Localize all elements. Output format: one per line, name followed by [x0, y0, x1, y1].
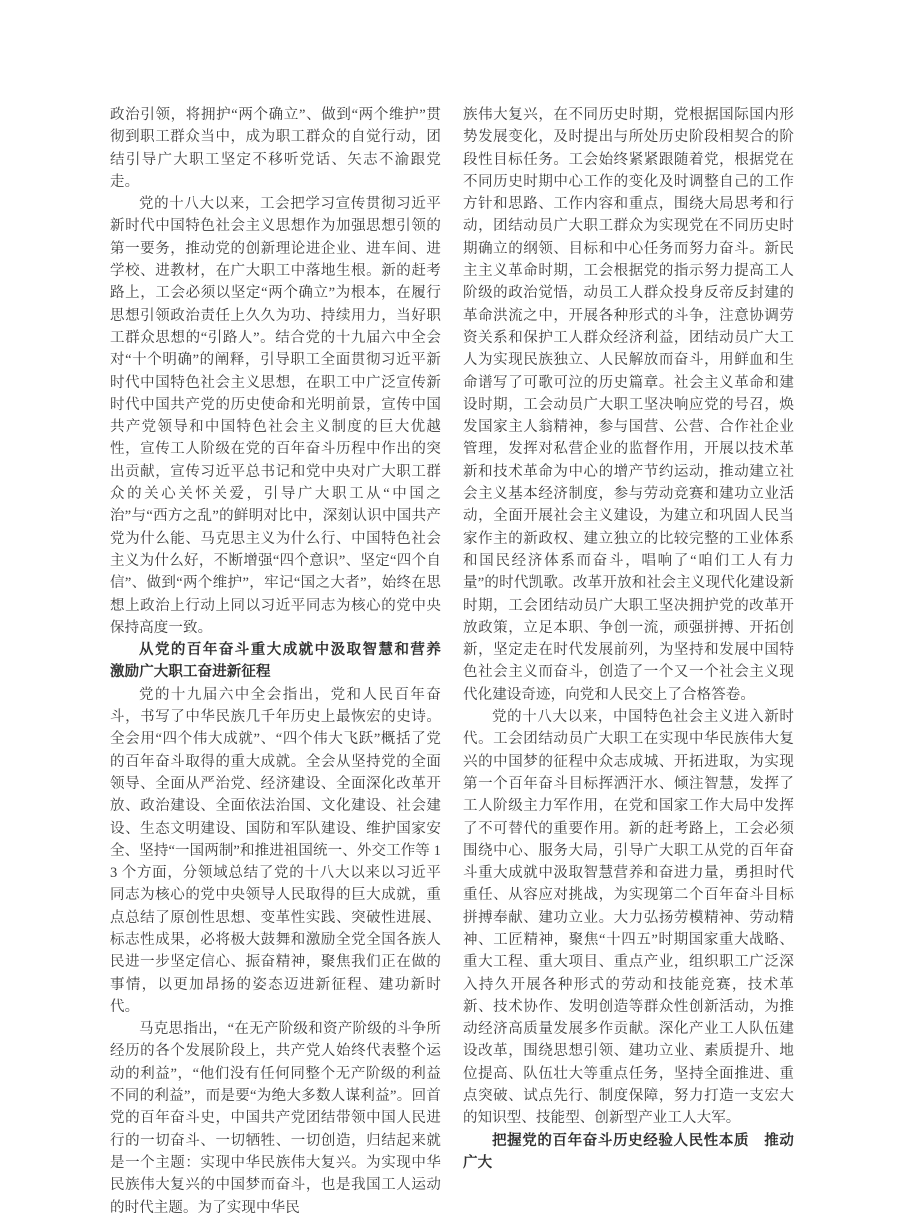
article-column-left: 政治引领，将拥护“两个确立”、做到“两个维护”贯彻到职工群众当中，成为职工群众的… [110, 104, 441, 1213]
paragraph: 族伟大复兴，在不同历史时期，党根据国际国内形势发展变化，及时提出与所处历史阶段相… [463, 104, 794, 706]
article-columns: 政治引领，将拥护“两个确立”、做到“两个维护”贯彻到职工群众当中，成为职工群众的… [110, 104, 794, 1213]
paragraph: 党的十八大以来，工会把学习宣传贯彻习近平新时代中国特色社会主义思想作为加强思想引… [110, 193, 441, 639]
paragraph: 政治引领，将拥护“两个确立”、做到“两个维护”贯彻到职工群众当中，成为职工群众的… [110, 104, 441, 193]
paragraph: 党的十九届六中全会指出，党和人民百年奋斗，书写了中华民族几千年历史上最恢宏的史诗… [110, 684, 441, 1018]
section-heading: 把握党的百年奋斗历史经验人民性本质 推动广大 [463, 1130, 794, 1175]
section-heading: 从党的百年奋斗重大成就中汲取智慧和营养 激励广大职工奋进新征程 [110, 639, 441, 684]
article-column-right: 族伟大复兴，在不同历史时期，党根据国际国内形势发展变化，及时提出与所处历史阶段相… [463, 104, 794, 1213]
document-page: 政治引领，将拥护“两个确立”、做到“两个维护”贯彻到职工群众当中，成为职工群众的… [0, 0, 900, 1213]
paragraph: 马克思指出，“在无产阶级和资产阶级的斗争所经历的各个发展阶段上，共产党人始终代表… [110, 1018, 441, 1213]
paragraph: 党的十八大以来，中国特色社会主义进入新时代。工会团结动员广大职工在实现中华民族伟… [463, 706, 794, 1130]
